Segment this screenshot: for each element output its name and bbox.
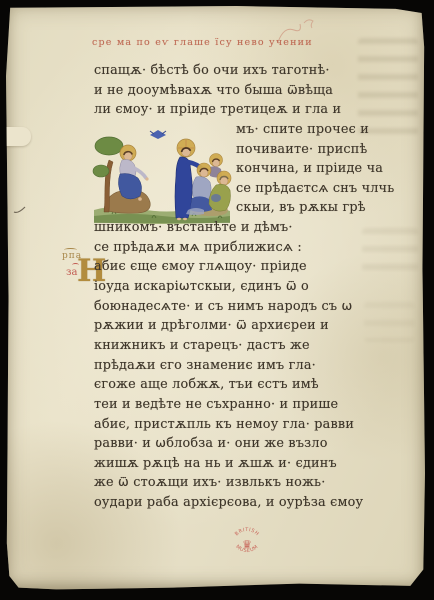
text-line: абиє, пристѫпль къ немоу гла· равви <box>94 415 368 435</box>
text-line: се прѣдаєтсѧ снъ члчь <box>236 179 368 199</box>
rubric-heading: сре ма по еѵ глаше їсу нево учении <box>92 37 322 48</box>
crown-icon: ♛ <box>242 538 252 551</box>
parchment-tab <box>6 127 31 146</box>
manuscript-page: сре ма по еѵ глаше їсу нево учении рпа з… <box>6 6 425 590</box>
text-line: же ѿ стоѫщи ихъ· извлькъ ножь· <box>94 473 368 493</box>
text-line: книжникъ и старецъ· дастъ же <box>94 336 368 356</box>
text-line: равви· и ѡблобза и· они же възло <box>94 434 368 454</box>
verso-show-through <box>362 228 418 280</box>
svg-text:BRITISH: BRITISH <box>234 527 260 537</box>
text-line: се прѣдаѫи мѧ приближисѧ : <box>94 238 368 258</box>
text-line: и не дооумѣвахѫ что быша ѿвѣща <box>94 81 368 101</box>
photo-background: { "colors": { "background": "#070605", "… <box>0 0 434 600</box>
text-line: абиє єще ємоу глѧщоу· пріиде <box>94 257 368 277</box>
text-line: мъ· спите прочеє и <box>236 120 368 140</box>
stamp-top-text: BRITISH <box>234 527 260 537</box>
verso-show-through <box>364 302 414 342</box>
text-line: рѫжии и дрѣголми· ѿ архиєреи и <box>94 316 368 336</box>
text-line: ли ємоу· и пріиде третицеѫ и гла и <box>94 100 368 120</box>
text-line: шникомъ· въстанѣте и дѣмъ· <box>94 218 368 238</box>
british-museum-stamp: BRITISH MUSEUM ♛ <box>227 524 267 558</box>
text-line: спащѫ· бѣстѣ бо очи ихъ таготнѣ· <box>94 61 368 81</box>
text-line: боюнадесѧте· и съ нимъ народъ съ ѡ <box>94 297 368 317</box>
text-line: прѣдаѫи єго знамениє имъ гла· <box>94 356 368 376</box>
text-line: оудари раба архієрєова, и оурѣза ємоу <box>94 493 368 513</box>
zachalo-mark: за <box>66 267 77 278</box>
text-line: скыи, въ рѫкы грѣ <box>236 198 368 218</box>
pen-mark <box>12 202 28 216</box>
text-line: теи и ведѣте не съхранно· и прише <box>94 395 368 415</box>
text-line: кончина, и пріиде ча <box>236 159 368 179</box>
text-line: іоуда искаріѡтскыи, єдинъ ѿ о <box>94 277 368 297</box>
text-line: почиваите· приспѣ <box>236 140 368 160</box>
text-line: жишѫ рѫцѣ на нь и ѫшѫ и· єдинъ <box>94 454 368 474</box>
text-block: спащѫ· бѣстѣ бо очи ихъ таготнѣ· и не до… <box>94 61 368 513</box>
text-line: єгоже аще лобжѫ, тъи єстъ имѣ <box>94 375 368 395</box>
